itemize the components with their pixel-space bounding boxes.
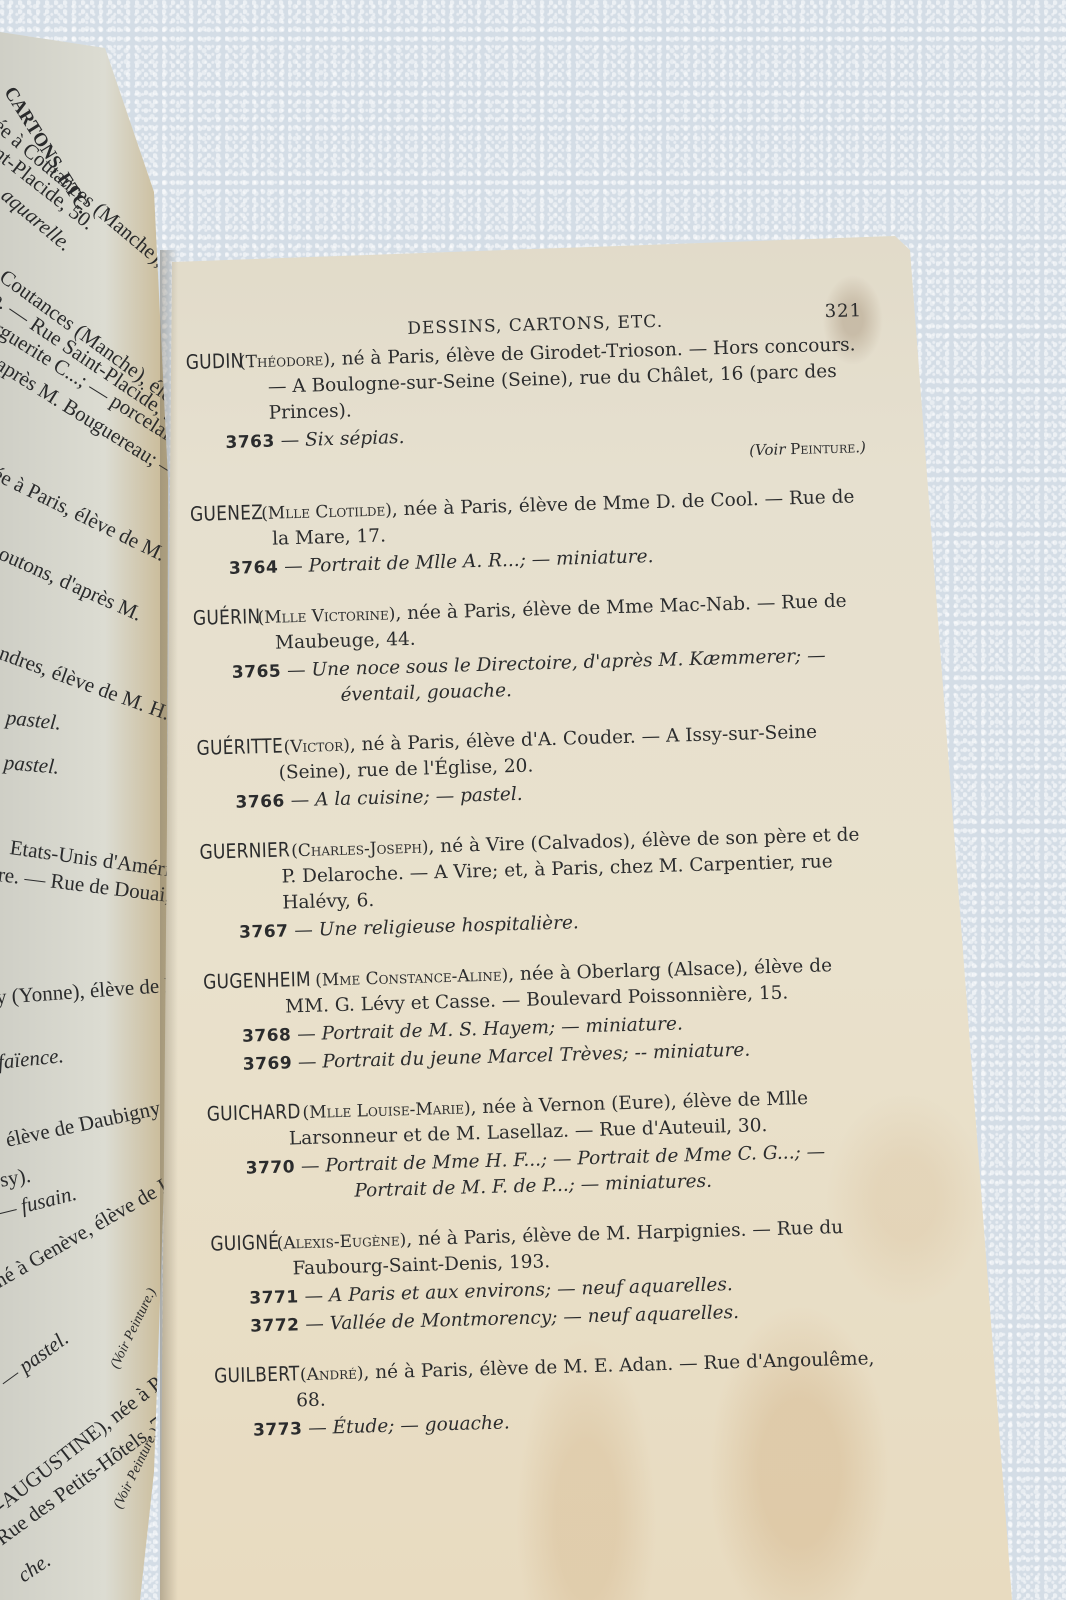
artist-details: , né à Paris, élève d'A. Couder. — A Iss… [278,722,817,784]
catalog-number: 3764 [229,558,279,579]
left-page-line: (Voir Peinture.) [108,1286,161,1372]
artist-name: GUDIN [223,347,244,374]
artist-given-name: (Alexis-Eugène) [276,1230,406,1254]
catalog-entry: GUÉRIN (Mlle Victorine), née à Paris, él… [230,586,873,712]
artist-details: , né à Vire (Calvados), élève de son pèr… [281,824,859,913]
artist-details: , né à Paris, élève de Girodet-Trioson. … [268,334,856,423]
work-title: Une religieuse hospitalière. [318,912,579,940]
catalog-number: 3766 [235,791,285,812]
catalog-number: 3769 [243,1053,293,1074]
work-title: Portrait de M. S. Hayem; — miniature. [321,1013,683,1044]
artist-name: GUÉRITTE [234,732,284,759]
catalog-entry: GUÉRITTE (Victor), né à Paris, élève d'A… [234,716,876,816]
catalog-number: 3763 [225,432,275,453]
catalog-entry: GUICHARD (Mlle Louise-Marie), née à Vern… [244,1082,887,1208]
artist-name: GUICHARD [244,1098,301,1126]
cross-reference-section: Peinture [790,438,855,458]
catalog-entry: GUERNIER (Charles-Joseph), né à Vire (Ca… [237,820,880,946]
artist-given-name: (André) [300,1363,364,1385]
work-title: A la cuisine; — pastel. [315,784,523,811]
work-title: Portrait de Mlle A. R...; — miniature. [308,546,653,577]
book-gutter [160,250,178,1600]
left-page: CARTONS, ETC. ée à Coutances (Manche), n… [0,0,175,1600]
left-page-line: pastel. [3,750,60,780]
catalog-number: 3771 [249,1287,299,1308]
artist-heading: GUERNIER (Charles-Joseph), né à Vire (Ca… [237,820,879,918]
artist-given-name: (Mlle Victorine) [257,604,395,628]
artist-given-name: (Charles-Joseph) [291,837,429,861]
artist-name: GUERNIER [237,836,291,863]
left-page-line: che. [13,1548,56,1588]
catalog-number: 3772 [250,1315,300,1336]
catalog-number: 3765 [232,661,282,682]
artist-name: GUILBERT [251,1360,300,1387]
section-title: DESSINS, CARTONS, ETC. [407,312,663,339]
artist-name: GUÉRIN [230,603,261,630]
catalog-number: 3767 [239,921,289,942]
artist-given-name: (Mlle Louise-Marie) [302,1098,471,1123]
work-title: Portrait de Mme H. F...; — Portrait de M… [325,1141,825,1201]
catalog-entry: GUENEZ (Mlle Clotilde), née à Paris, élè… [227,482,869,582]
left-page-line: pastel. [5,705,63,736]
cross-reference-suffix: .) [855,438,866,456]
work-title: Étude; — gouache. [332,1412,510,1438]
artist-given-name: (Théodore) [239,350,330,373]
page-number: 321 [824,300,862,322]
catalog-entry: GUILBERT (André), né à Paris, élève de M… [251,1344,893,1444]
left-page-line: — pastel. [0,1326,74,1393]
cross-reference-prefix: (Voir [749,440,791,459]
catalog-number: 3770 [245,1157,295,1178]
artist-name: GUGENHEIM [240,966,311,994]
left-page-line: sy). [0,1163,33,1193]
catalog-page-text: DESSINS, CARTONS, ETC. 321 GUDIN (Théodo… [222,300,894,1465]
left-page-line: faïence. [0,1043,65,1075]
left-page-line: élève de Daubigny et de [3,1086,175,1153]
artist-name: GUENEZ [227,499,263,526]
catalog-number: 3768 [242,1025,292,1046]
left-page-line: y (Yonne), élève de M. [0,972,175,1010]
work-title: Six sépias. [305,427,405,451]
artist-given-name: (Mlle Clotilde) [261,500,392,524]
catalog-entry: GUDIN (Théodore), né à Paris, élève de G… [223,330,866,478]
left-page-line: ée à Coutances (Manche), [0,113,171,272]
catalog-entry: GUGENHEIM (Mme Constance-Aline), née à O… [240,950,883,1078]
catalog-number: 3773 [253,1419,303,1440]
left-page-line: outons, d'après M. [0,541,146,627]
artist-given-name: (Mme Constance-Aline) [315,965,509,990]
catalog-entry: GUIGNÉ (Alexis-Eugène), né à Paris, élèv… [247,1212,890,1340]
artist-name: GUIGNÉ [247,1229,279,1256]
work-title: Une noce sous le Directoire, d'après M. … [311,645,826,706]
artist-given-name: (Victor) [283,736,350,758]
